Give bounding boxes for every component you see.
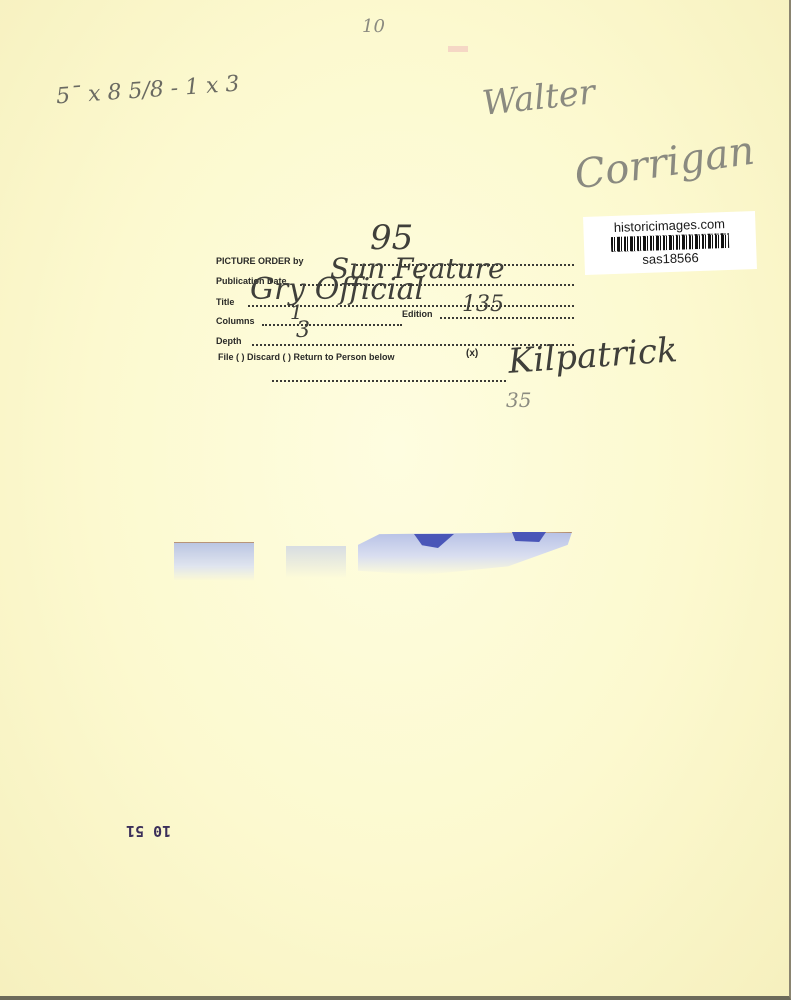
barcode-site: historicimages.com: [583, 215, 755, 236]
stamp-edition-label: Edition: [402, 309, 433, 319]
depth-value: 3: [296, 318, 310, 343]
bottom-number-note: 35: [506, 388, 531, 412]
barcode-code: sas18566: [584, 248, 756, 269]
stamp-columns-label: Columns: [216, 316, 255, 326]
person-value: Kilpatrick: [507, 330, 679, 382]
date-stamp: 10 51: [126, 822, 171, 840]
dimensions-note: 5¯ x 8 5/8 - 1 x 3: [55, 72, 240, 110]
barcode-label: historicimages.com sas18566: [583, 211, 757, 275]
stamp-file-line: File ( ) Discard ( ) Return to Person be…: [218, 352, 395, 362]
stamp-depth-label: Depth: [216, 336, 242, 346]
edition-value: 135: [462, 292, 504, 317]
stamp-order-label: PICTURE ORDER by: [216, 256, 304, 266]
residue-left: [174, 542, 254, 581]
top-number-note: 10: [362, 16, 385, 37]
pink-mark: [448, 46, 468, 52]
name-note-first: Walter: [480, 72, 597, 124]
photo-back-paper: 10 5¯ x 8 5/8 - 1 x 3 Walter Corrigan PI…: [0, 0, 791, 1000]
residue-middle: [286, 546, 346, 578]
stamp-checked-mark: (x): [466, 348, 478, 359]
title-value: Gry Official: [250, 272, 424, 307]
stamp-title-label: Title: [216, 297, 234, 307]
name-note-last: Corrigan: [572, 128, 758, 199]
